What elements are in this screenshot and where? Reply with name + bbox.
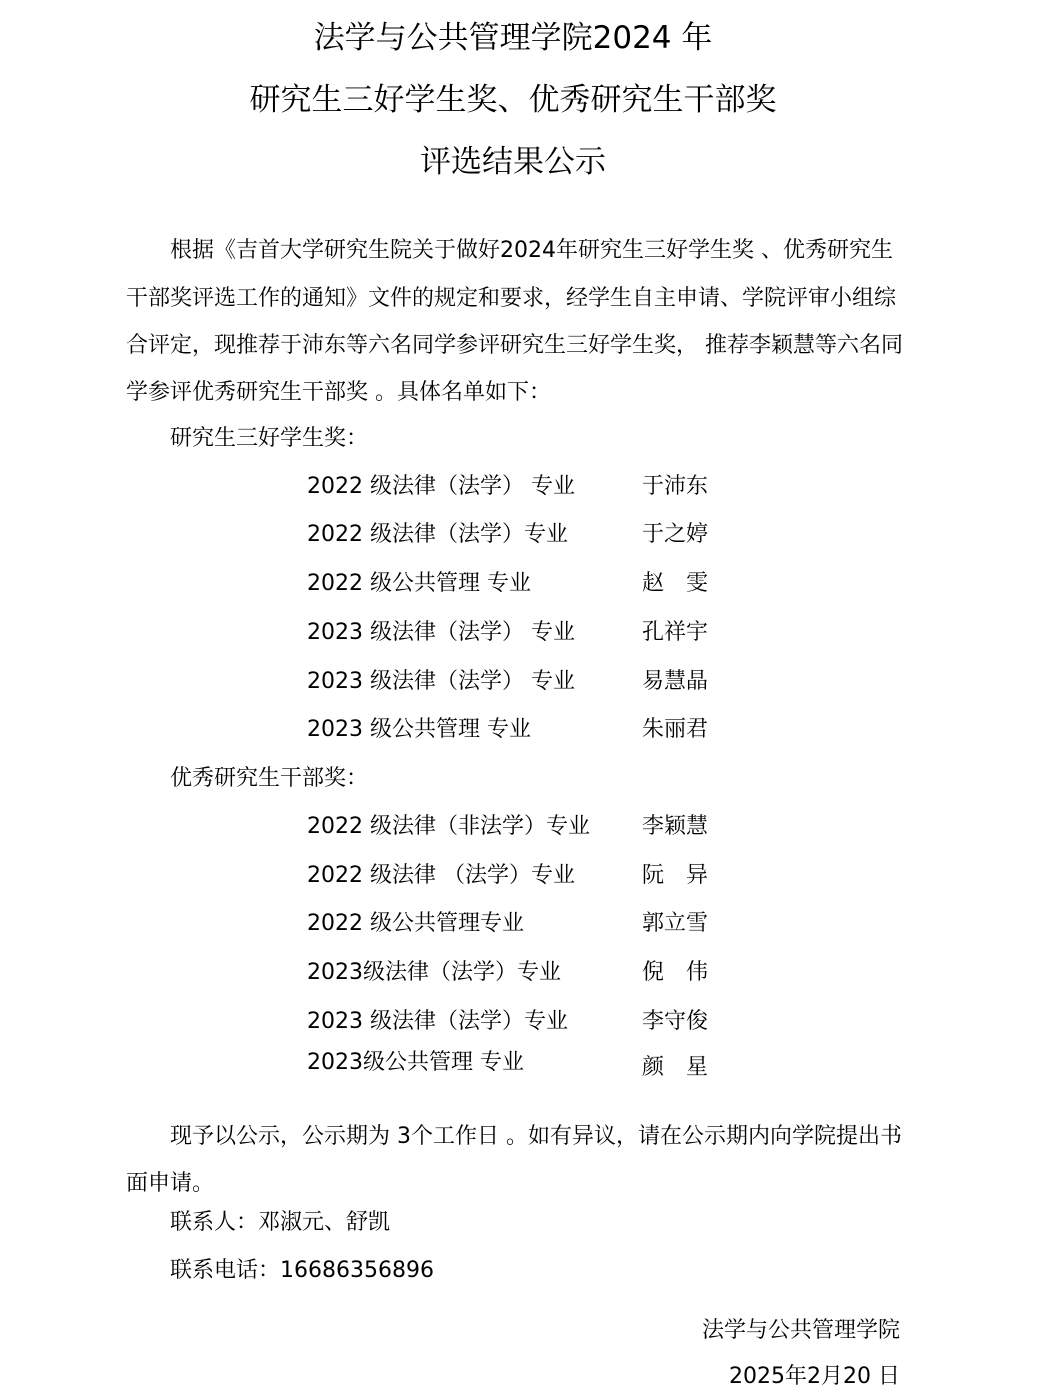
- award-row-name: 李守俊: [642, 1004, 708, 1035]
- notice-line-1: 现予以公示，公示期为 3个工作日 。如有异议，请在公示期内向学院提出书: [170, 1119, 902, 1150]
- award-row-name: 赵 雯: [642, 566, 708, 597]
- intro-line-1: 根据《吉首大学研究生院关于做好2024年研究生三好学生奖 、优秀研究生: [170, 233, 893, 264]
- award-row-name: 朱丽君: [642, 712, 708, 743]
- intro-line-2: 干部奖评选工作的通知》文件的规定和要求，经学生自主申请、学院评审小组综: [126, 281, 896, 312]
- signature: 法学与公共管理学院: [702, 1313, 900, 1344]
- award-row-name: 郭立雪: [642, 906, 708, 937]
- notice-line-2: 面申请。: [126, 1166, 214, 1197]
- award-row-major: 2023 级公共管理 专业: [307, 712, 531, 743]
- date: 2025年2月20 日: [729, 1359, 900, 1390]
- title-line-2: 研究生三好学生奖、优秀研究生干部奖: [0, 80, 1026, 120]
- award-row-name: 倪 伟: [642, 955, 708, 986]
- contact-phone: 联系电话：16686356896: [170, 1253, 434, 1284]
- award-row-major: 2022 级法律 （法学）专业: [307, 858, 575, 889]
- contact-person: 联系人：邓淑元、舒凯: [170, 1205, 390, 1236]
- award-row-major: 2022 级法律（非法学）专业: [307, 809, 590, 840]
- award-row-major: 2023 级法律（法学） 专业: [307, 615, 575, 646]
- award-row-major: 2022 级公共管理 专业: [307, 566, 531, 597]
- award-row-major: 2023级公共管理 专业: [307, 1045, 524, 1076]
- award-row-major: 2022 级法律（法学） 专业: [307, 469, 575, 500]
- intro-line-3: 合评定，现推荐于沛东等六名同学参评研究生三好学生奖， 推荐李颖慧等六名同: [126, 328, 903, 359]
- award-row-major: 2023 级法律（法学）专业: [307, 1004, 568, 1035]
- intro-line-4: 学参评优秀研究生干部奖 。具体名单如下：: [126, 375, 551, 406]
- award-row-major: 2022 级公共管理专业: [307, 906, 524, 937]
- section-heading: 研究生三好学生奖：: [170, 421, 368, 452]
- award-row-name: 易慧晶: [642, 664, 708, 695]
- title-line-3: 评选结果公示: [0, 142, 1026, 182]
- award-row-name: 于沛东: [642, 469, 708, 500]
- award-row-major: 2023 级法律（法学） 专业: [307, 664, 575, 695]
- award-row-name: 颜 星: [642, 1050, 708, 1081]
- award-row-major: 2023级法律（法学）专业: [307, 955, 561, 986]
- section-heading: 优秀研究生干部奖：: [170, 761, 368, 792]
- award-row-major: 2022 级法律（法学）专业: [307, 517, 568, 548]
- title-line-1: 法学与公共管理学院2024 年: [0, 18, 1026, 58]
- award-row-name: 于之婷: [642, 517, 708, 548]
- award-row-name: 阮 异: [642, 858, 708, 889]
- award-row-name: 孔祥宇: [642, 615, 708, 646]
- award-row-name: 李颖慧: [642, 809, 708, 840]
